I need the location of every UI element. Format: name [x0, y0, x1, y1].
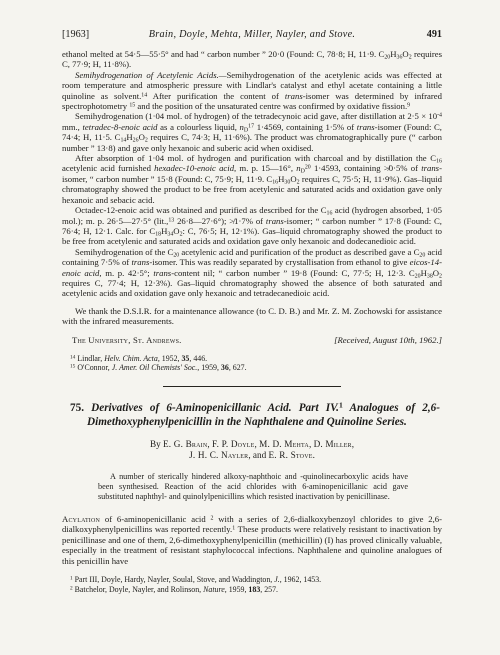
institution-address: The University, St. Andrews. — [72, 335, 182, 345]
footnotes-previous-article: 14 Lindlar, Helv. Chim. Acta, 1952, 35, … — [62, 354, 442, 373]
abstract: A number of sterically hindered alkoxy-n… — [98, 472, 408, 502]
paragraph-eicosenoic-acid: Semihydrogenation of the C20 acetylenic … — [62, 247, 442, 299]
footnote-2: 2 Batchelor, Doyle, Nayler, and Rolinson… — [70, 585, 442, 595]
paragraph-semihydrogenation-method: Semihydrogenation of Acetylenic Acids.—S… — [62, 70, 442, 112]
paragraph-tetradecenoic-acid: Semihydrogenation (1·04 mol. of hydrogen… — [62, 111, 442, 153]
article-title: 75. Derivatives of 6-Aminopenicillanic A… — [70, 402, 440, 430]
running-header-title: Brain, Doyle, Mehta, Miller, Nayler, and… — [132, 29, 372, 40]
byline-line-2: J. H. C. Nayler, and E. R. Stove. — [62, 450, 442, 462]
paragraph-acylation-intro: Acylation of 6-aminopenicillanic acid 2 … — [62, 514, 442, 566]
journal-page: [1963] Brain, Doyle, Mehta, Miller, Nayl… — [0, 0, 500, 594]
paragraph-hexadecenoic-acid: After absorption of 1·04 mol. of hydroge… — [62, 153, 442, 205]
footnote-1: 1 Part III, Doyle, Hardy, Nayler, Soulal… — [70, 575, 442, 585]
paragraph-octadecenoic-acid: Octadec-12-enoic acid was obtained and p… — [62, 205, 442, 247]
footnote-15: 15 O'Connor, J. Amer. Oil Chemists' Soc.… — [70, 363, 442, 373]
paragraph-carbon-number: ethanol melted at 54·5—55·5° and had “ c… — [62, 49, 442, 70]
byline: By E. G. Brain, F. P. Doyle, M. D. Mehta… — [62, 439, 442, 462]
received-date: [Received, August 10th, 1962.] — [334, 335, 442, 345]
running-header-year: [1963] — [62, 29, 132, 40]
byline-line-1: By E. G. Brain, F. P. Doyle, M. D. Mehta… — [62, 439, 442, 451]
paragraph-acknowledgement: We thank the D.S.I.R. for a maintenance … — [62, 306, 442, 327]
section-divider-rule — [163, 386, 341, 387]
running-header: [1963] Brain, Doyle, Mehta, Miller, Nayl… — [62, 29, 442, 40]
footnotes-current-article: 1 Part III, Doyle, Hardy, Nayler, Soulal… — [62, 575, 442, 594]
footnote-14: 14 Lindlar, Helv. Chim. Acta, 1952, 35, … — [70, 354, 442, 364]
address-row: The University, St. Andrews. [Received, … — [62, 335, 442, 345]
article-previous-end: ethanol melted at 54·5—55·5° and had “ c… — [62, 49, 442, 373]
page-number: 491 — [372, 29, 442, 40]
article-75-start: 75. Derivatives of 6-Aminopenicillanic A… — [62, 402, 442, 594]
